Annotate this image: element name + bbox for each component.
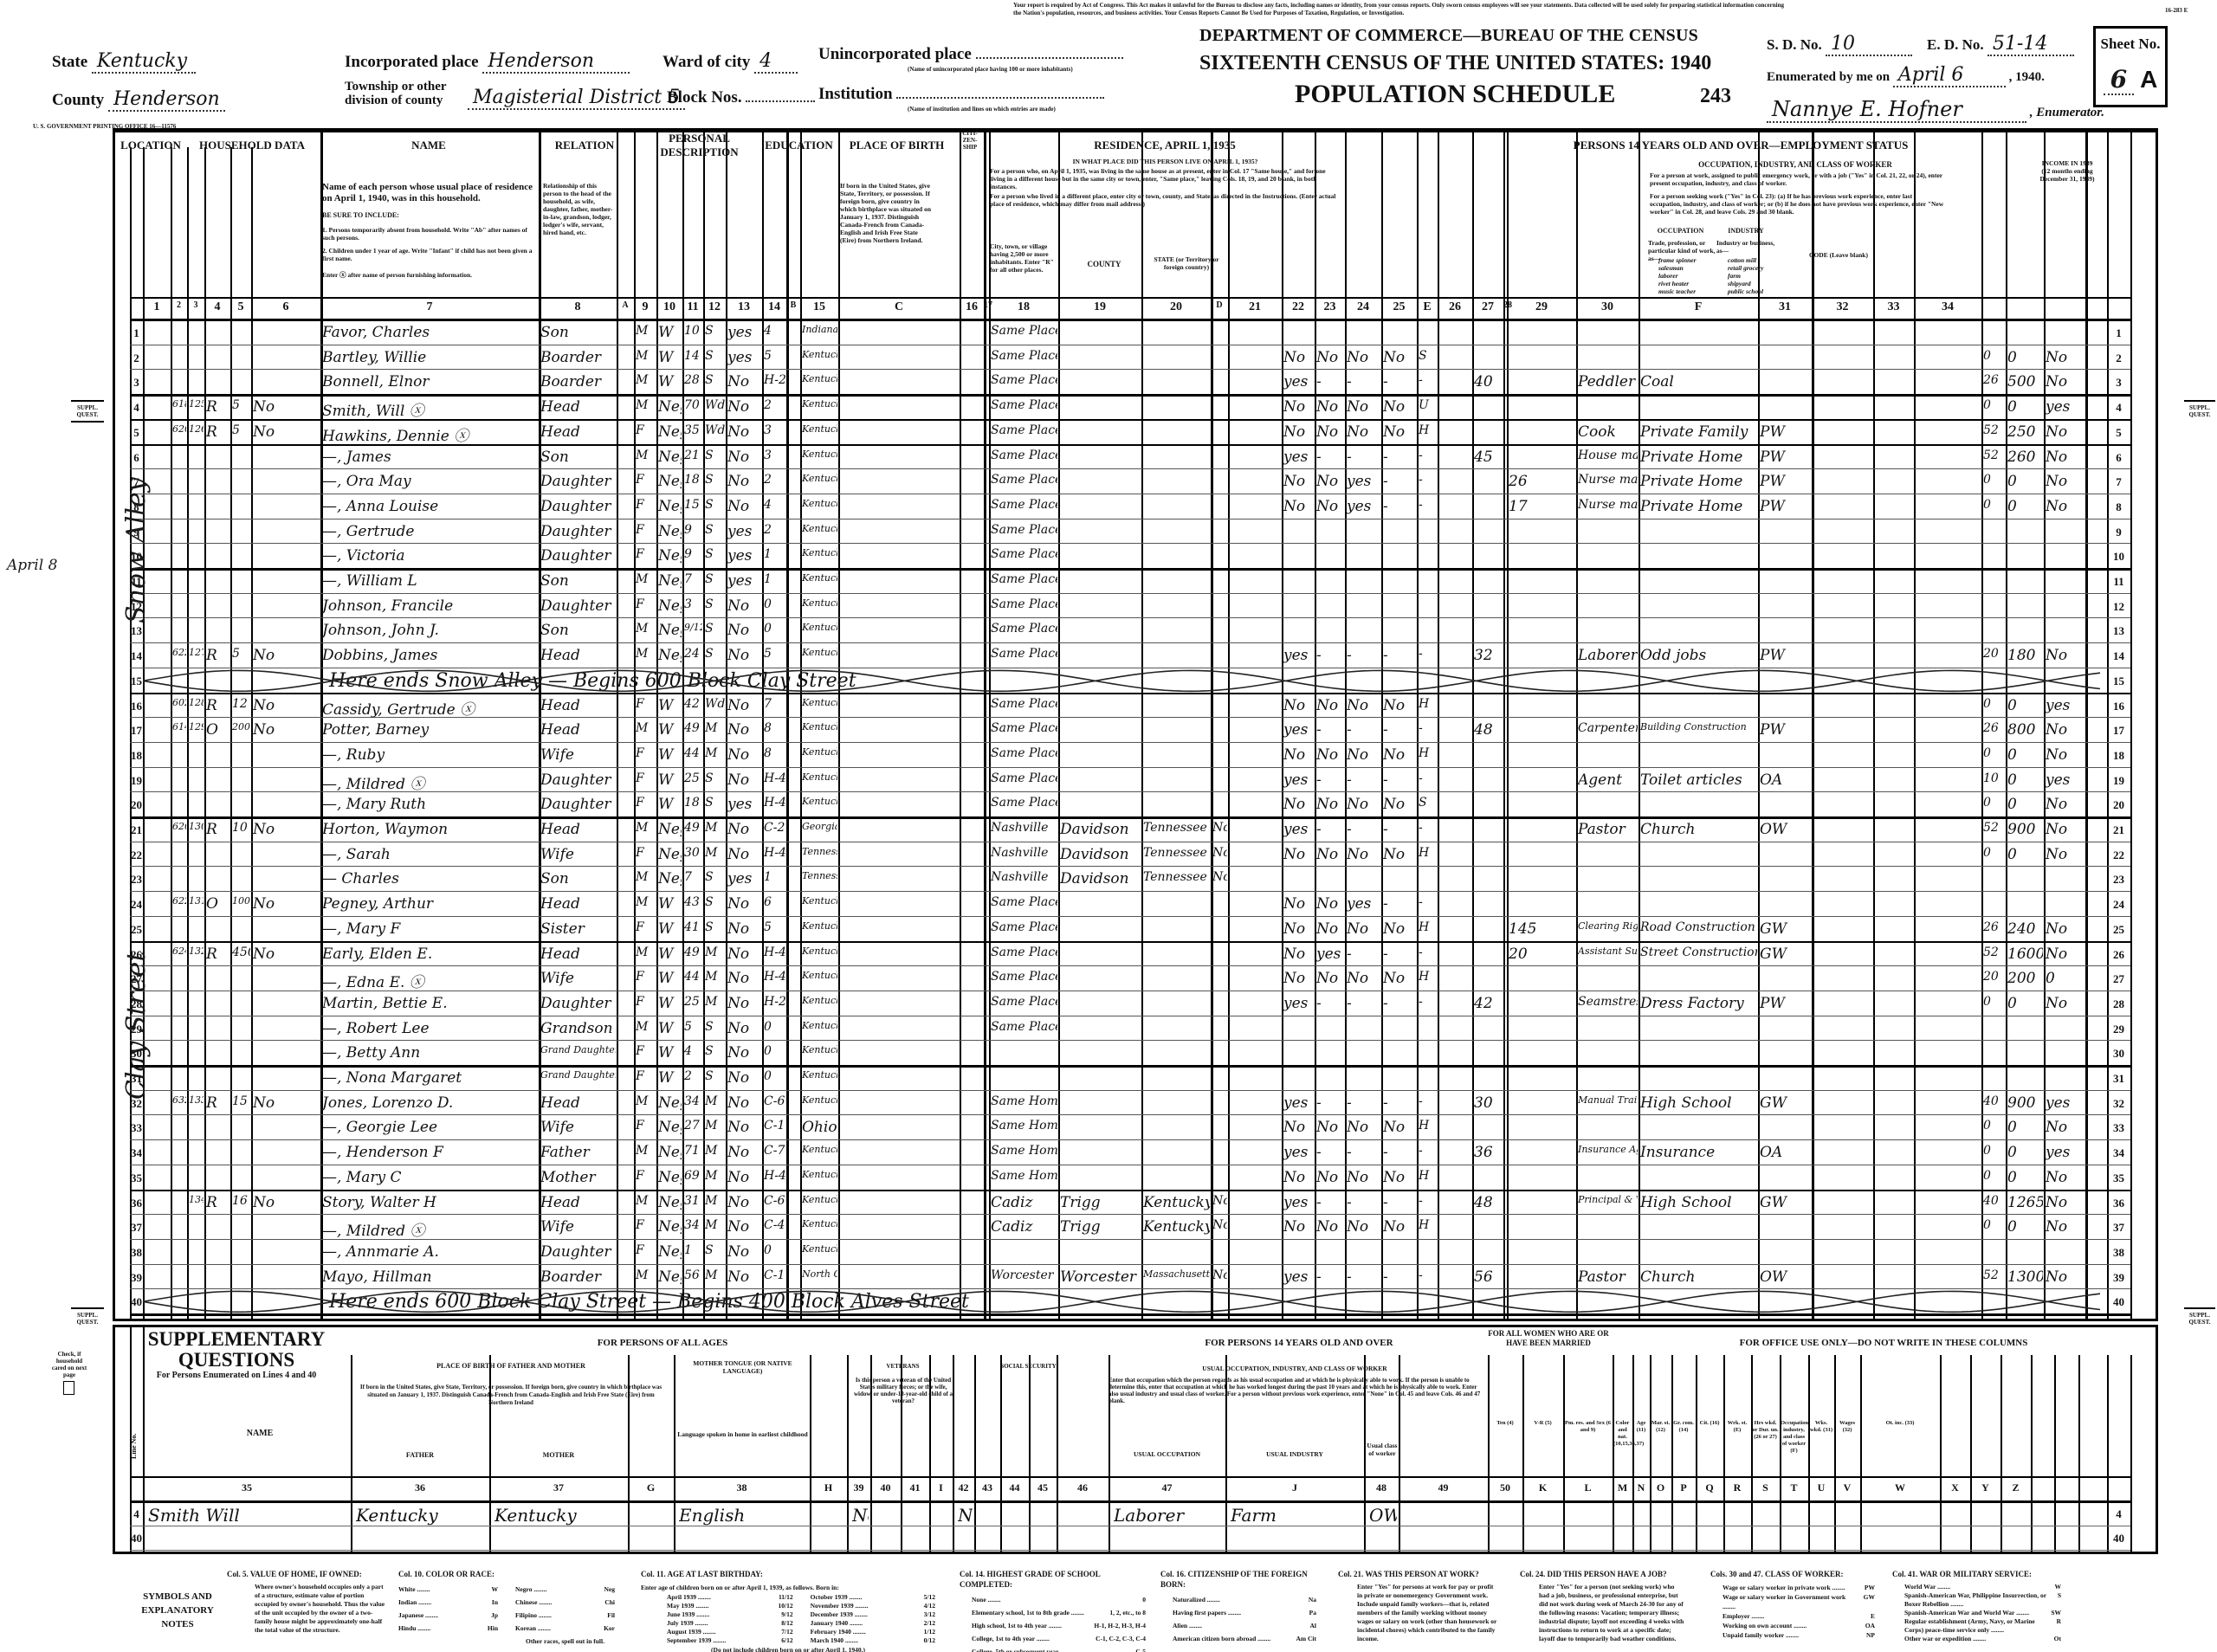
residence-note-2: For a person who lived in a different pl… <box>990 192 1341 208</box>
census-title: SIXTEENTH CENSUS OF THE UNITED STATES: 1… <box>1199 52 1711 75</box>
line-number-right: 11 <box>2107 575 2130 589</box>
note-col11-list: April 1939 ........11/12May 1939 .......… <box>641 1593 935 1645</box>
cell-name: —, Annmarie A. <box>322 1243 538 1261</box>
grade-code-label: College, 5th or subsequent year ........ <box>972 1645 1073 1652</box>
cell-w23: - <box>1347 821 1380 838</box>
cell-industry: Building Construction <box>1640 721 1757 732</box>
cell-grade: H-4 <box>764 771 785 785</box>
cell-w25: S <box>1419 796 1437 810</box>
cell-w22: - <box>1316 448 1344 466</box>
cell-name: —, James <box>322 448 538 466</box>
birth-note: If born in the United States, give State… <box>840 182 934 244</box>
supp-column-divider <box>351 1355 352 1554</box>
note-col5: Col. 5. VALUE OF HOME, IF OWNED: Where o… <box>227 1569 387 1635</box>
cell-w22: - <box>1316 1094 1344 1112</box>
column-divider <box>2130 132 2132 1321</box>
note-col11-title: Col. 11. AGE AT LAST BIRTHDAY: <box>641 1569 935 1579</box>
cell-age: 14 <box>684 349 702 363</box>
cell-relation: Son <box>540 870 616 887</box>
cell-occupation: Pastor <box>1578 1268 1638 1286</box>
race-code-code: Chi <box>604 1596 615 1609</box>
citizenship-code-code: Pa <box>1309 1606 1316 1619</box>
cell-other-inc: yes <box>2046 1144 2084 1161</box>
cell-other-inc: No <box>2046 647 2084 664</box>
occupation-examples: frame spinnersalesmanlaborerrivet heater… <box>1658 256 1719 295</box>
cell-w22: No <box>1316 1218 1344 1236</box>
cell-w22: No <box>1316 1169 1344 1186</box>
cell-w25: - <box>1419 647 1437 661</box>
cell-w22: No <box>1316 498 1344 515</box>
line-number-right: 4 <box>2107 401 2130 415</box>
line-number: 13 <box>130 624 143 638</box>
county-label: County <box>52 91 104 109</box>
cell-hours: 32 <box>1474 647 1503 664</box>
column-number: D <box>1211 300 1228 310</box>
cell-farm: No <box>253 945 320 963</box>
cell-hours: 48 <box>1474 1194 1503 1211</box>
cell-res-county: Trigg <box>1060 1218 1141 1236</box>
cell-occupation: Cook <box>1578 423 1638 441</box>
cell-wages: 0 <box>2007 1169 2043 1186</box>
grade-code: Elementary school, 1st to 8th grade ....… <box>972 1606 1146 1619</box>
cell-sex: M <box>636 398 656 412</box>
cell-sex: M <box>636 349 656 363</box>
cell-w23: No <box>1347 796 1380 813</box>
cell-weeks: 0 <box>1983 1169 2005 1183</box>
enumerated-year: , 1940. <box>2009 70 2045 84</box>
section-household: HOUSEHOLD DATA <box>187 139 317 152</box>
supp-column-number: 38 <box>674 1481 810 1494</box>
cell-class: PW <box>1760 423 1811 441</box>
cell-name: —, Nona Margaret <box>322 1069 538 1087</box>
cell-house: 602 <box>172 697 186 708</box>
cell-res: Same Place <box>991 473 1057 487</box>
office-column-head: Ten (4) <box>1489 1420 1522 1427</box>
supp-column-number: 48 <box>1364 1481 1399 1494</box>
note-col41-title: Col. 41. WAR OR MILITARY SERVICE: <box>1892 1569 2061 1579</box>
cell-other-inc: No <box>2046 846 2084 863</box>
cell-birth: Kentucky <box>802 1243 837 1255</box>
worker-class-code-code: E <box>1871 1611 1875 1621</box>
cell-school: No <box>727 597 761 615</box>
form-code: 16-283 E <box>2165 7 2188 14</box>
note-col24: Col. 24. DID THIS PERSON HAVE A JOB? Ent… <box>1520 1569 1684 1643</box>
industry-examples-note: Industry or business, as— <box>1716 239 1779 255</box>
supp-column-number: W <box>1860 1481 1940 1494</box>
worker-class-code: Unpaid family worker ........NP <box>1723 1630 1875 1640</box>
line-number: 18 <box>130 749 143 763</box>
supp-column-divider <box>1751 1355 1753 1554</box>
citizenship-code: American citizen born abroad ........Am … <box>1173 1632 1316 1645</box>
cell-w21: No <box>1283 1169 1314 1186</box>
supp-column-number: 41 <box>901 1481 929 1494</box>
supp-column-number: R <box>1723 1481 1751 1494</box>
cell-w24: No <box>1383 970 1416 987</box>
cell-w25: H <box>1419 1119 1437 1133</box>
cell-wages: 900 <box>2007 1094 2043 1112</box>
cell-w22: - <box>1316 821 1344 838</box>
sheet-label: Sheet No. <box>2096 35 2165 53</box>
race-code-label: Filipino ........ <box>515 1609 552 1622</box>
supp-column-divider <box>1563 1355 1565 1554</box>
supp-column-divider <box>847 1355 849 1554</box>
citizenship-code-label: Having first papers ........ <box>1173 1606 1241 1619</box>
cell-w23: No <box>1347 423 1380 441</box>
cell-w24: No <box>1383 349 1416 366</box>
column-number: 15 <box>800 300 838 314</box>
line-number-right: 25 <box>2107 923 2130 937</box>
cell-race: W <box>658 746 682 764</box>
cell-w24: No <box>1383 423 1416 441</box>
strike-wave <box>143 666 2107 696</box>
race-code-code: Neg <box>604 1583 616 1596</box>
cell-w21: yes <box>1283 771 1314 789</box>
cell-birth: Kentucky <box>802 771 837 783</box>
cell-w24: No <box>1383 398 1416 416</box>
row-divider <box>130 369 2130 370</box>
worker-class-code: Employer ........E <box>1723 1611 1875 1621</box>
cell-age: 30 <box>684 846 702 860</box>
county-value: Henderson <box>108 88 225 112</box>
supp-column-divider <box>1808 1355 1810 1554</box>
column-number: 8 <box>539 300 617 314</box>
worker-class-code-label: Working on own account ........ <box>1723 1621 1807 1630</box>
cell-school: No <box>727 721 761 739</box>
state-label: State <box>52 53 87 71</box>
cell-age: 9 <box>684 547 702 561</box>
cell-relation: Head <box>540 721 616 739</box>
cell-res: Same Place <box>991 647 1057 661</box>
cell-birth: Kentucky <box>802 572 837 584</box>
supp-column-number: 50 <box>1488 1481 1522 1494</box>
household-checkbox[interactable] <box>63 1381 74 1395</box>
row-divider <box>130 394 2130 397</box>
race-code-code: In <box>492 1596 498 1609</box>
supp-column-number: M <box>1613 1481 1632 1494</box>
cell-age: 44 <box>684 746 702 760</box>
relation-note: Relationship of this person to the head … <box>543 182 617 236</box>
cell-sex: F <box>636 970 656 984</box>
cell-name: Cassidy, Gertrude ⓧ <box>322 697 538 719</box>
cell-res: Same Place <box>991 597 1057 611</box>
cell-house: 622 <box>172 895 186 907</box>
cell-wages: 200 <box>2007 970 2043 987</box>
cell-other-inc: yes <box>2046 771 2084 789</box>
office-column-head: Pm. res. and Sex (6 and 9) <box>1564 1420 1612 1434</box>
cell-res: Same Place <box>991 622 1057 636</box>
cell-race: Neg <box>658 473 682 490</box>
race-code: Chinese ........Chi <box>515 1596 615 1609</box>
citizenship-code-label: American citizen born abroad ........ <box>1173 1632 1270 1645</box>
unincorporated-field: Unincorporated place <box>818 45 1123 64</box>
cell-grade: 8 <box>764 721 785 735</box>
column-number: 6 <box>251 300 320 314</box>
cell-w22: yes <box>1316 945 1344 963</box>
cell-relation: Wife <box>540 970 616 987</box>
cell-industry: Coal <box>1640 373 1757 390</box>
cell-own: R <box>206 1094 229 1112</box>
cell-relation: Head <box>540 697 616 714</box>
column-number: 30 <box>1576 300 1639 314</box>
cell-w23: No <box>1347 349 1380 366</box>
worker-class-code-code: GW <box>1864 1592 1875 1611</box>
age-code: November 1939 ........4/12 <box>811 1602 935 1610</box>
supp-column-number: 45 <box>1029 1481 1057 1494</box>
cell-w21: No <box>1283 473 1314 490</box>
worker-class-code: Wage or salary worker in private work ..… <box>1723 1583 1875 1592</box>
age-code-code: 7/12 <box>781 1628 792 1636</box>
cell-school: No <box>727 423 761 441</box>
block-label: Block Nos. <box>667 88 742 106</box>
note-col5-text: Where owner's household occupies only a … <box>227 1583 387 1635</box>
cell-w24: No <box>1383 1169 1416 1186</box>
schedule-title: POPULATION SCHEDULE <box>1295 80 1615 109</box>
cell-sex: F <box>636 1119 656 1133</box>
citizenship-code-label: Naturalized ........ <box>1173 1593 1220 1606</box>
cell-name: —, Mildred ⓧ <box>322 1218 538 1240</box>
note-col21: Col. 21. WAS THIS PERSON AT WORK? Enter … <box>1338 1569 1498 1643</box>
note-col10-title: Col. 10. COLOR OR RACE: <box>398 1569 615 1579</box>
cell-name: —, Anna Louise <box>322 498 538 515</box>
cell-name: Bartley, Willie <box>322 349 538 366</box>
grade-code-label: High school, 1st to 4th year ........ <box>972 1619 1062 1632</box>
office-column-head: Wrk. st. (E) <box>1724 1420 1750 1434</box>
cell-occupation: Principal & Vocational Teacher <box>1578 1194 1638 1205</box>
cell-w21: No <box>1283 697 1314 714</box>
cell-occupation: Manual Training Teacher <box>1578 1094 1638 1106</box>
military-code-code: R <box>2057 1617 2061 1635</box>
column-number: C <box>838 300 960 314</box>
note-col21-title: Col. 21. WAS THIS PERSON AT WORK? <box>1338 1569 1498 1579</box>
cell-name: Johnson, John J. <box>322 622 538 639</box>
cell-w23: yes <box>1347 498 1380 515</box>
supp-column-number: Q <box>1696 1481 1723 1494</box>
cell-w25: - <box>1419 1144 1437 1158</box>
race-code: Japanese ........Jp <box>398 1609 498 1622</box>
cell-other-inc: No <box>2046 373 2084 390</box>
row-divider <box>130 866 2130 867</box>
sd-field: S. D. No. 10 <box>1767 33 1912 56</box>
race-code: Indian ........In <box>398 1596 498 1609</box>
cell-w24: - <box>1383 771 1416 789</box>
cell-race: Neg <box>658 1218 682 1236</box>
military-code-code: SW <box>2051 1609 2061 1617</box>
cell-age: 34 <box>684 1094 702 1108</box>
cell-school: yes <box>727 572 761 590</box>
row-divider <box>130 842 2130 842</box>
cell-own: R <box>206 697 229 714</box>
age-code-label: July 1939 ........ <box>667 1619 708 1628</box>
supp-column-divider <box>1650 1355 1651 1554</box>
line-number-right: 10 <box>2107 550 2130 564</box>
supp-column-divider <box>628 1355 630 1554</box>
age-code-label: February 1940 ........ <box>811 1628 866 1636</box>
industry-example: retail grocery <box>1728 264 1780 272</box>
supp-cell-mother: Kentucky <box>494 1505 626 1526</box>
military-code: Regular establishment (Army, Navy, or Ma… <box>1904 1617 2061 1635</box>
cell-race: Neg <box>658 1243 682 1261</box>
unincorporated-note: (Name of unincorporated place having 100… <box>908 66 1073 73</box>
cell-school: yes <box>727 870 761 887</box>
cell-birth: Kentucky <box>802 746 837 758</box>
line-number-right: 30 <box>2107 1047 2130 1061</box>
line-number-right: 14 <box>2107 649 2130 663</box>
cell-other-inc: No <box>2046 498 2084 515</box>
cell-res-farm: No <box>1212 846 1227 860</box>
cell-w24: - <box>1383 373 1416 390</box>
cell-industry: Private Home <box>1640 498 1757 515</box>
line-number: 37 <box>130 1221 143 1235</box>
cell-school: No <box>727 373 761 390</box>
cell-race: Neg <box>658 523 682 540</box>
cell-class: OW <box>1760 821 1811 838</box>
age-code-code: 0/12 <box>924 1636 935 1645</box>
supp-column-divider <box>1671 1355 1673 1554</box>
column-divider <box>187 147 189 1321</box>
cell-marital: Wd <box>705 423 725 437</box>
cell-wages: 250 <box>2007 423 2043 441</box>
occupation-example: salesman <box>1658 264 1719 272</box>
cell-weeks: 26 <box>1983 373 2005 387</box>
cell-name: —, Sarah <box>322 846 538 863</box>
cell-relation: Head <box>540 1194 616 1211</box>
cell-birth: Ohio <box>802 1119 837 1136</box>
cell-marital: S <box>705 895 725 909</box>
cell-industry: Street Construction <box>1640 945 1757 959</box>
supp-column-number: 47 <box>1108 1481 1225 1494</box>
row-divider <box>130 891 2130 892</box>
age-code-code: 2/12 <box>924 1619 935 1628</box>
cell-occupation: Clearing Right of way <box>1578 920 1638 932</box>
office-column-head: Age (11) <box>1633 1420 1649 1434</box>
cell-grade: 5 <box>764 647 785 661</box>
cell-weeks: 52 <box>1983 1268 2005 1282</box>
cell-sex: M <box>636 373 656 387</box>
worker-class-code-code: OA <box>1865 1621 1875 1630</box>
sheet-number: 6 <box>2104 65 2134 95</box>
line-number: 1 <box>130 326 143 340</box>
line-number-right: 6 <box>2107 451 2130 465</box>
supp-column-number: X <box>1940 1481 1970 1494</box>
note-col21-text: Enter "Yes" for persons at work for pay … <box>1338 1583 1498 1643</box>
cell-race: W <box>658 349 682 366</box>
row-divider <box>130 494 2130 494</box>
cell-marital: M <box>705 995 725 1009</box>
supp-veterans: VETERANS <box>849 1363 957 1370</box>
cell-race: W <box>658 721 682 739</box>
row-divider <box>130 1040 2130 1041</box>
note-col14-title: Col. 14. HIGHEST GRADE OF SCHOOL COMPLET… <box>960 1569 1146 1590</box>
cell-grade: C-4 <box>764 1218 785 1232</box>
cell-birth: Kentucky <box>802 1020 837 1031</box>
supp-column-divider <box>1225 1355 1227 1554</box>
column-number: 1 <box>143 300 171 314</box>
grade-code: None ........0 <box>972 1593 1146 1606</box>
cell-wages: 900 <box>2007 821 2043 838</box>
cell-w25: - <box>1419 373 1437 387</box>
age-code-code: 3/12 <box>924 1610 935 1619</box>
cell-value: 5 <box>232 647 250 661</box>
supp-line-number-right: 4 <box>2107 1507 2130 1521</box>
cell-birth: North Carolina <box>802 1268 837 1280</box>
cell-sex: F <box>636 846 656 860</box>
row-divider <box>130 1016 2130 1016</box>
industry-head: INDUSTRY <box>1715 227 1777 235</box>
section-location: LOCATION <box>116 139 185 152</box>
cell-sex: M <box>636 622 656 636</box>
supp-row-divider <box>130 1526 2130 1526</box>
cell-sex: M <box>636 1268 656 1282</box>
cell-birth: Kentucky <box>802 796 837 807</box>
age-code-label: November 1939 ........ <box>811 1602 869 1610</box>
note-col14-list: None ........0Elementary school, 1st to … <box>960 1593 1146 1652</box>
cell-other-inc: No <box>2046 1119 2084 1136</box>
note-col16: Col. 16. CITIZENSHIP OF THE FOREIGN BORN… <box>1160 1569 1316 1645</box>
age-code-label: June 1939 ........ <box>667 1610 709 1619</box>
cell-marital: S <box>705 448 725 462</box>
age-code: October 1939 ........5/12 <box>811 1593 935 1602</box>
military-code-code: Ot <box>2054 1635 2061 1643</box>
cell-age: 35 <box>684 423 702 437</box>
cell-school: No <box>727 647 761 664</box>
citizenship-code-code: Na <box>1309 1593 1316 1606</box>
cell-other-inc: No <box>2046 448 2084 466</box>
cell-res-county: Trigg <box>1060 1194 1141 1211</box>
cell-occupation: Carpenter <box>1578 721 1638 735</box>
cell-wages: 0 <box>2007 398 2043 416</box>
cell-school: No <box>727 398 761 416</box>
cell-marital: M <box>705 1144 725 1158</box>
cell-occupation: Assistant Superintendent <box>1578 945 1638 957</box>
row-divider <box>130 519 2130 519</box>
occupation-note-2: For a person seeking work ("Yes" in Col.… <box>1650 192 1944 216</box>
cell-sex: F <box>636 1218 656 1232</box>
age-code-label: December 1939 ........ <box>811 1610 868 1619</box>
cell-grade: C-1 <box>764 1268 785 1282</box>
row-divider <box>130 965 2130 966</box>
cell-relation: Mother <box>540 1169 616 1186</box>
cell-value: 5 <box>232 398 250 412</box>
occupation-note-1: For a person at work, assigned to public… <box>1650 171 1944 187</box>
cell-weeks-unemp: 145 <box>1509 920 1575 938</box>
cell-race: Neg <box>658 870 682 887</box>
cell-relation: Son <box>540 448 616 466</box>
cell-farm: No <box>253 647 320 664</box>
military-code-label: Spanish-American War, Philippine Insurre… <box>1904 1591 2052 1609</box>
supp-parents-birth: PLACE OF BIRTH OF FATHER AND MOTHER <box>351 1362 671 1370</box>
age-code: May 1939 ........10/12 <box>667 1602 793 1610</box>
cell-marital: S <box>705 870 725 884</box>
cell-marital: S <box>705 498 725 512</box>
cell-relation: Grand Daughter <box>540 1069 616 1081</box>
column-number: 27 <box>1472 300 1503 314</box>
cell-occupation: Agent <box>1578 771 1638 789</box>
cell-age: 49 <box>684 721 702 735</box>
name-note-2: 2. Children under 1 year of age. Write "… <box>322 247 534 262</box>
cell-age: 27 <box>684 1119 702 1133</box>
cell-relation: Head <box>540 1094 616 1112</box>
row-divider <box>130 1090 2130 1091</box>
cell-wages: 0 <box>2007 1218 2043 1236</box>
cell-marital: M <box>705 945 725 959</box>
supp-office-use: FOR OFFICE USE ONLY—DO NOT WRITE IN THES… <box>1615 1338 2152 1348</box>
cell-birth: Kentucky <box>802 1144 837 1155</box>
cell-wages: 0 <box>2007 498 2043 515</box>
cell-race: W <box>658 970 682 987</box>
worker-class-code-label: Employer ........ <box>1723 1611 1764 1621</box>
column-number: 3 <box>187 300 204 310</box>
cell-weeks: 26 <box>1983 721 2005 735</box>
